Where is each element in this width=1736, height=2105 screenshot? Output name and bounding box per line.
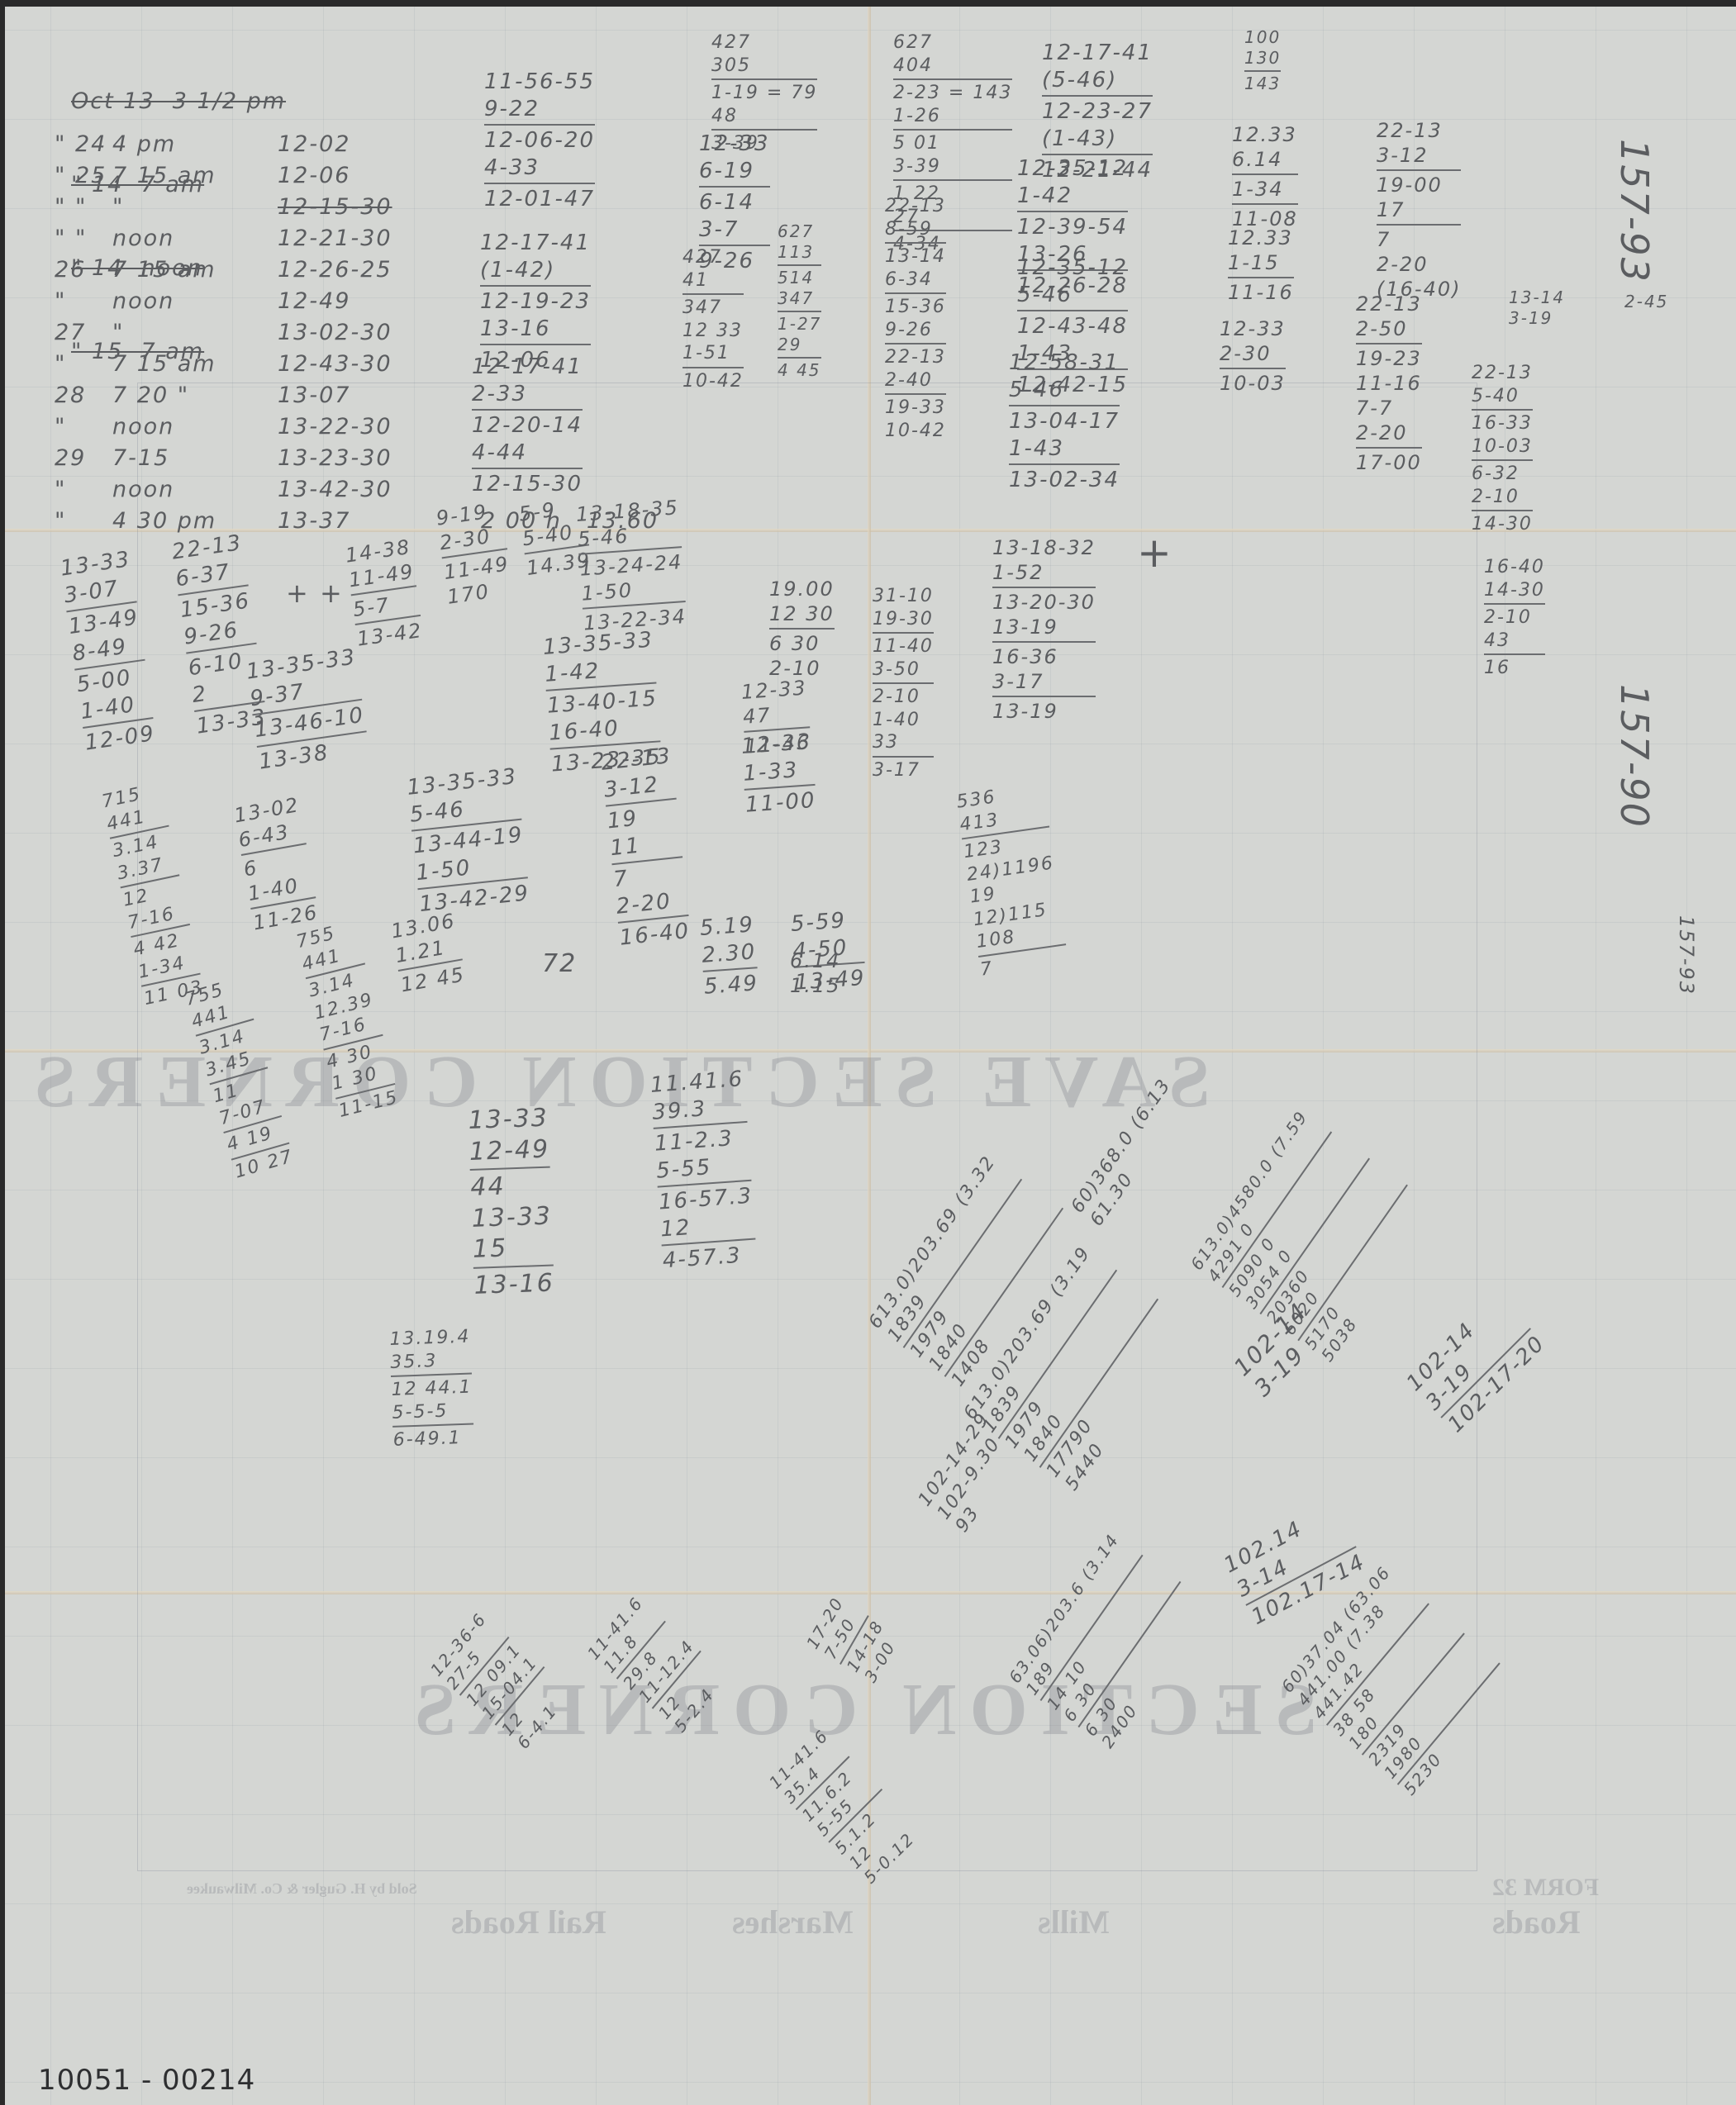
- log-value: 12-26-25: [278, 254, 476, 286]
- sum-rule: [885, 292, 946, 294]
- sum-rule: [480, 344, 591, 345]
- plus-mark: +: [1137, 527, 1173, 579]
- sum-rule: [769, 628, 835, 630]
- calculation-block: 22-133-1219-001772-20(16-40): [1377, 118, 1461, 302]
- calc-line: (1-43): [1042, 126, 1153, 153]
- calc-line: 44: [470, 1170, 551, 1204]
- calc-line: 5 01: [893, 132, 1012, 155]
- sum-rule: [873, 682, 934, 684]
- calc-line: 13-33: [468, 1103, 549, 1137]
- calc-line: 6-14: [699, 189, 770, 216]
- log-date: 26: [55, 254, 112, 286]
- log-value: 13-22-30: [278, 411, 476, 443]
- calc-line: 514: [778, 268, 821, 288]
- calc-line: 12-01-47: [484, 186, 595, 213]
- calc-line: 12 44.1: [391, 1376, 473, 1402]
- calculation-block: 12-17-41(1-42)12-19-2313-1612-06: [480, 230, 591, 374]
- calc-line: 19-30: [873, 608, 934, 631]
- sum-rule: [484, 183, 595, 184]
- calc-line: 12-20-14: [472, 412, 583, 440]
- ghost-form-number: FORM 32: [1492, 1874, 1599, 1902]
- calc-line: 4-33: [484, 154, 595, 182]
- log-time: ": [112, 192, 278, 223]
- ghost-mills: Mills: [1038, 1903, 1110, 1941]
- sum-rule: [1356, 447, 1422, 449]
- calc-line: 130: [1244, 48, 1281, 69]
- ghost-marshes: Marshes: [732, 1903, 854, 1941]
- sum-rule: [1356, 343, 1422, 344]
- calc-line: (5-46): [1042, 67, 1153, 94]
- calculation-block: 13-143-19: [1509, 287, 1565, 329]
- calc-line: 19-00: [1377, 173, 1461, 197]
- sum-rule: [778, 311, 821, 312]
- calc-line: 6 30: [769, 631, 835, 656]
- calc-line: 2-10: [1484, 606, 1545, 630]
- sum-rule: [484, 124, 595, 126]
- calc-line: 31-10: [873, 585, 934, 608]
- calc-line: 12-49: [468, 1133, 549, 1167]
- calc-line: 13-18-32: [992, 535, 1096, 560]
- calc-line: 13-16: [480, 316, 591, 343]
- calc-line: 12.33: [1228, 226, 1294, 250]
- calc-line: 12-35-12: [1017, 254, 1128, 282]
- calc-line: 1-26: [893, 105, 1012, 128]
- sum-rule: [1017, 310, 1128, 311]
- calc-line: 12-33: [740, 729, 813, 760]
- ghost-printer-credit: Sold by H. Gugler & Co. Milwaukee: [187, 1880, 417, 1898]
- calc-line: 22-13: [885, 195, 946, 218]
- calc-line: 2-23 = 143: [893, 82, 1012, 105]
- log-value: 12-21-30: [278, 223, 476, 254]
- log-value: 12-43-30: [278, 349, 476, 380]
- calculation-block: 12.336.141-3411-08: [1232, 122, 1298, 231]
- calc-line: 12-35-12: [1017, 155, 1128, 183]
- calc-line: 2.30: [701, 938, 757, 969]
- calc-line: 3-17: [873, 759, 934, 782]
- calc-line: 2-40: [885, 369, 946, 392]
- log-date: " ": [55, 223, 112, 254]
- log-time: 7 15 am: [112, 254, 278, 286]
- sum-rule: [873, 756, 934, 758]
- calc-line: 5-46: [1009, 377, 1120, 404]
- calc-line: 12-19-23: [480, 288, 591, 316]
- sum-rule: [1220, 368, 1286, 369]
- margin-note-157-90: 157-90: [1610, 684, 1658, 829]
- calc-line: 1-52: [992, 560, 1096, 585]
- calculation-block: 16-4014-302-104316: [1484, 556, 1545, 680]
- calc-line: 9-22: [484, 96, 595, 123]
- calc-line: 13.19.4: [389, 1326, 471, 1352]
- calc-line: 5.19: [699, 911, 755, 942]
- calc-line: 13-14: [1509, 287, 1565, 308]
- calculation-block: 22-132-5019-2311-167-72-2017-00: [1356, 292, 1422, 475]
- calculation-block: 12-58-315-4613-04-171-4313-02-34: [1009, 349, 1120, 494]
- log-time: 4 30 pm: [112, 506, 278, 537]
- sum-rule: [893, 129, 1012, 131]
- sum-rule: [992, 641, 1096, 643]
- calc-line: 3-17: [992, 669, 1096, 694]
- calc-line: 12-06-20: [484, 127, 595, 154]
- calc-line: 1-34: [1232, 177, 1298, 202]
- log-date: ": [55, 474, 112, 506]
- log-time: 7 20 ": [112, 380, 278, 411]
- log-date: 27: [55, 317, 112, 349]
- calc-line: 12-17-41: [472, 354, 583, 381]
- calc-line: 19-23: [1356, 346, 1422, 371]
- sum-rule: [1244, 70, 1281, 72]
- sum-rule: [1232, 203, 1298, 205]
- calc-line: 3-7: [699, 216, 770, 244]
- calc-line: 13-16: [473, 1267, 554, 1301]
- calculation-block: 13-3312-494413-331513-16: [468, 1103, 554, 1301]
- calc-line: 22-13: [1356, 292, 1422, 316]
- sum-rule: [1232, 173, 1298, 175]
- calc-line: 1-40: [873, 709, 934, 732]
- sum-rule: [1009, 463, 1120, 465]
- scribble-note: 72: [542, 948, 577, 980]
- sum-rule: [893, 78, 1012, 80]
- log-time: 4 pm: [112, 129, 278, 160]
- calc-line: 35.3: [390, 1348, 472, 1374]
- calc-line: 1-33: [742, 755, 815, 786]
- sum-rule: [480, 285, 591, 287]
- calc-line: 8-59: [885, 218, 946, 241]
- sum-rule: [1017, 211, 1128, 212]
- calc-line: 13-33: [471, 1200, 552, 1234]
- calc-line: 1-27: [778, 314, 821, 335]
- sum-rule: [683, 367, 744, 368]
- log-time: noon: [112, 286, 278, 317]
- calc-line: 11-40: [873, 635, 934, 658]
- calc-line: 4 45: [778, 360, 821, 381]
- margin-note-157-93-small: 157-93: [1674, 915, 1699, 995]
- log-value: 13-02-30: [278, 317, 476, 349]
- sum-rule: [1009, 405, 1120, 406]
- calc-line: 12 33: [683, 320, 744, 343]
- calculation-block: 12-17-412-3312-20-144-4412-15-30: [472, 354, 583, 498]
- sum-rule: [1484, 603, 1545, 605]
- log-value: 13-23-30: [278, 443, 476, 474]
- ghost-rail-roads: Rail Roads: [451, 1903, 606, 1941]
- calc-line: 347: [683, 297, 744, 320]
- calc-line: 16-40: [1484, 556, 1545, 579]
- calc-line: 1-19 = 79: [711, 82, 817, 105]
- calc-line: 11-16: [1356, 371, 1422, 396]
- log-date: ": [55, 286, 112, 317]
- calc-line: 13-19: [992, 615, 1096, 639]
- calc-line: 1-42: [1017, 183, 1128, 210]
- margin-note-2-45: 2-45: [1624, 292, 1668, 312]
- calc-line: 404: [893, 55, 1012, 78]
- log-value: 12-15-30: [278, 192, 476, 223]
- log-date: " 24: [55, 129, 112, 160]
- calc-line: 47: [742, 700, 810, 729]
- calculation-block: 12-332-3010-03: [1220, 316, 1286, 396]
- calc-line: 19-33: [885, 397, 946, 420]
- calc-line: 3-50: [873, 658, 934, 682]
- calc-line: 15-36: [885, 296, 946, 319]
- calc-line: 143: [1244, 74, 1281, 94]
- calc-line: 12-17-41: [480, 230, 591, 257]
- calc-line: 17: [1377, 197, 1461, 222]
- log-crossed-row: Oct 13 3 1/2 pm: [71, 88, 286, 116]
- calc-line: 6.14: [790, 948, 840, 973]
- calc-line: 2-20: [1377, 252, 1461, 277]
- calc-line: 22-13: [1377, 118, 1461, 143]
- calc-line: 11-16: [1228, 280, 1294, 305]
- log-date: " ": [55, 192, 112, 223]
- calculation-block: 31-1019-3011-403-502-101-40333-17: [873, 585, 934, 782]
- calc-line: 17-00: [1356, 450, 1422, 475]
- calc-line: 10-42: [885, 420, 946, 443]
- calc-line: 22-13: [1472, 362, 1533, 385]
- calc-line: 13-02-34: [1009, 467, 1120, 494]
- calc-line: 12.33: [1232, 122, 1298, 147]
- calculation-block: 22-135-4016-3310-036-322-1014-30: [1472, 362, 1533, 536]
- calculation-block: 13-35-339-3713-46-1013-38: [245, 644, 370, 775]
- calc-line: 19.00: [769, 577, 835, 601]
- sum-rule: [885, 343, 946, 344]
- calc-line: 12 30: [769, 601, 835, 626]
- calculation-block: 12-331-3311-00: [740, 729, 817, 819]
- calculation-block: 11.41.639.311-2.35-5516-57.3124-57.3: [649, 1066, 758, 1275]
- calc-line: 29: [778, 335, 821, 355]
- sum-rule: [778, 264, 821, 266]
- log-time: 7-15: [112, 443, 278, 474]
- calc-line: 41: [683, 269, 744, 292]
- log-value: 13-42-30: [278, 474, 476, 506]
- calc-line: 3-39: [893, 155, 1012, 178]
- sum-rule: [711, 78, 817, 80]
- calc-line: 12-33: [740, 675, 808, 704]
- log-date: 28: [55, 380, 112, 411]
- calc-line: 12-33: [1220, 316, 1286, 341]
- calc-line: 5-46: [1017, 282, 1128, 309]
- sum-rule: [778, 357, 821, 359]
- calc-line: 16: [1484, 657, 1545, 680]
- calculation-block: 6.141.15: [790, 948, 840, 998]
- calculation-block: 13.061.2112 45: [389, 908, 467, 997]
- calc-line: 12-15-30: [472, 471, 583, 498]
- calc-line: 6-32: [1472, 463, 1533, 486]
- calc-line: 627: [893, 31, 1012, 55]
- calc-line: 13-19: [992, 699, 1096, 724]
- calculation-block: 100130143: [1244, 27, 1281, 94]
- log-date: ": [55, 506, 112, 537]
- calc-line: 3-12: [1377, 143, 1461, 168]
- calc-line: 10-42: [683, 370, 744, 393]
- calc-line: 48: [711, 105, 817, 128]
- calc-line: 16-33: [1472, 412, 1533, 435]
- sum-rule: [1042, 95, 1153, 97]
- log-value: 12-02: [278, 129, 476, 160]
- calculation-block: 6271135143471-27294 45: [778, 221, 821, 381]
- calc-line: 7-7: [1356, 396, 1422, 421]
- calc-line: 427: [711, 31, 817, 55]
- calculation-block: 22-138-5913-146-3415-369-2622-132-4019-3…: [885, 195, 946, 442]
- calc-line: 2-30: [1220, 341, 1286, 366]
- calc-line: 14-30: [1484, 579, 1545, 602]
- log-date: 29: [55, 443, 112, 474]
- log-time: noon: [112, 411, 278, 443]
- sum-rule: [885, 242, 946, 244]
- calc-line: 11-00: [744, 787, 817, 819]
- log-value: 12-49: [278, 286, 476, 317]
- calc-line: 11-56-55: [484, 69, 595, 96]
- archive-id: 10051 - 00214: [38, 2064, 255, 2097]
- calc-line: 12-17-41: [1042, 40, 1153, 67]
- calc-line: 33: [873, 731, 934, 754]
- margin-note-157-93: 157-93: [1610, 139, 1658, 283]
- calc-line: 1-43: [1009, 435, 1120, 463]
- sum-rule: [683, 293, 744, 295]
- calc-line: 1.15: [790, 973, 840, 998]
- calc-line: 10-03: [1472, 435, 1533, 459]
- calculation-block: 11-56-559-2212-06-204-3312-01-47: [484, 69, 595, 213]
- calc-line: 6-34: [885, 268, 946, 292]
- log-date: ": [55, 411, 112, 443]
- sum-rule: [699, 186, 770, 188]
- calc-line: 6-49.1: [392, 1427, 474, 1452]
- calc-line: (1-42): [480, 257, 591, 284]
- sum-rule: [1472, 459, 1533, 461]
- log-time: 7 15 am: [112, 160, 278, 192]
- calc-line: 5-40: [1472, 385, 1533, 408]
- calc-line: 13-14: [885, 245, 946, 268]
- calc-line: 12-39-54: [1017, 214, 1128, 241]
- calc-line: 10-03: [1220, 371, 1286, 396]
- calc-line: 43: [1484, 630, 1545, 653]
- sum-rule: [992, 696, 1096, 697]
- ghost-roads: Roads: [1492, 1903, 1581, 1941]
- calc-line: 347: [778, 288, 821, 309]
- log-time: ": [112, 317, 278, 349]
- calc-line: 5.49: [703, 970, 759, 1000]
- log-value: 13-07: [278, 380, 476, 411]
- calc-line: 2-20: [1356, 421, 1422, 445]
- calc-line: 12-23-27: [1042, 98, 1153, 126]
- calc-line: 6-19: [699, 158, 770, 185]
- log-date: ": [55, 349, 112, 380]
- calc-line: 13-04-17: [1009, 408, 1120, 435]
- calculation-block: 5.192.305.49: [699, 911, 759, 1000]
- log-time: noon: [112, 223, 278, 254]
- sum-rule: [885, 393, 946, 395]
- calculation-block: 12.331-1511-16: [1228, 226, 1294, 305]
- sum-rule: [893, 179, 1012, 181]
- calc-line: 1-51: [683, 342, 744, 365]
- calculation-block: 13-35-335-4613-44-191-5013-42-29: [406, 763, 531, 919]
- sum-rule: [1484, 653, 1545, 655]
- calculation-block: 13.19.435.312 44.15-5-56-49.1: [389, 1326, 474, 1452]
- sum-rule: [472, 409, 583, 411]
- calculation-block: 13-18-355-4613-24-241-5013-22-34: [575, 495, 687, 635]
- calc-line: 14-30: [1472, 513, 1533, 536]
- calc-line: 1-15: [1228, 250, 1294, 275]
- calc-line: 13-20-30: [992, 590, 1096, 615]
- calc-line: 5-5-5: [392, 1399, 473, 1424]
- calc-line: 12-33: [699, 131, 770, 158]
- sum-rule: [992, 587, 1096, 588]
- calc-line: 22-13: [885, 346, 946, 369]
- log-time: noon: [112, 474, 278, 506]
- sum-rule: [1377, 169, 1461, 171]
- document-sheet: Rail Roads Marshes Mills Roads FORM 32 S…: [5, 7, 1736, 2105]
- calc-line: 427: [683, 246, 744, 269]
- log-value: 12-06: [278, 160, 476, 192]
- calc-line: 15: [472, 1232, 553, 1266]
- log-date: " 25: [55, 160, 112, 192]
- sum-rule: [1472, 409, 1533, 411]
- calc-line: 3-19: [1509, 308, 1565, 329]
- sum-rule: [1377, 224, 1461, 226]
- calc-line: 4-44: [472, 440, 583, 467]
- log-time: 7 15 am: [112, 349, 278, 380]
- calc-line: 9-26: [885, 319, 946, 342]
- sum-rule: [873, 632, 934, 634]
- calc-line: 6.14: [1232, 147, 1298, 172]
- sum-rule: [472, 468, 583, 469]
- calc-line: 7: [1377, 227, 1461, 252]
- calc-line: 627: [778, 221, 821, 242]
- calc-line: 113: [778, 242, 821, 263]
- plus-marks: + +: [286, 577, 344, 610]
- calc-line: 2-50: [1356, 316, 1422, 341]
- calc-line: 16-36: [992, 644, 1096, 669]
- calculation-block: 13-18-321-5213-20-3013-1916-363-1713-19: [992, 535, 1096, 724]
- calc-line: 2-10: [1472, 486, 1533, 509]
- calc-line: 100: [1244, 27, 1281, 48]
- calculation-block: 4274134712 331-5110-42: [683, 246, 744, 392]
- calc-line: 305: [711, 55, 817, 78]
- calc-line: 12-43-48: [1017, 313, 1128, 340]
- calculation-block: 19.0012 306 302-10: [769, 577, 835, 681]
- sum-rule: [1228, 277, 1294, 278]
- calc-line: 2-10: [873, 686, 934, 709]
- calc-line: 2-33: [472, 381, 583, 408]
- calc-line: 12-58-31: [1009, 349, 1120, 377]
- sum-rule: [1472, 510, 1533, 511]
